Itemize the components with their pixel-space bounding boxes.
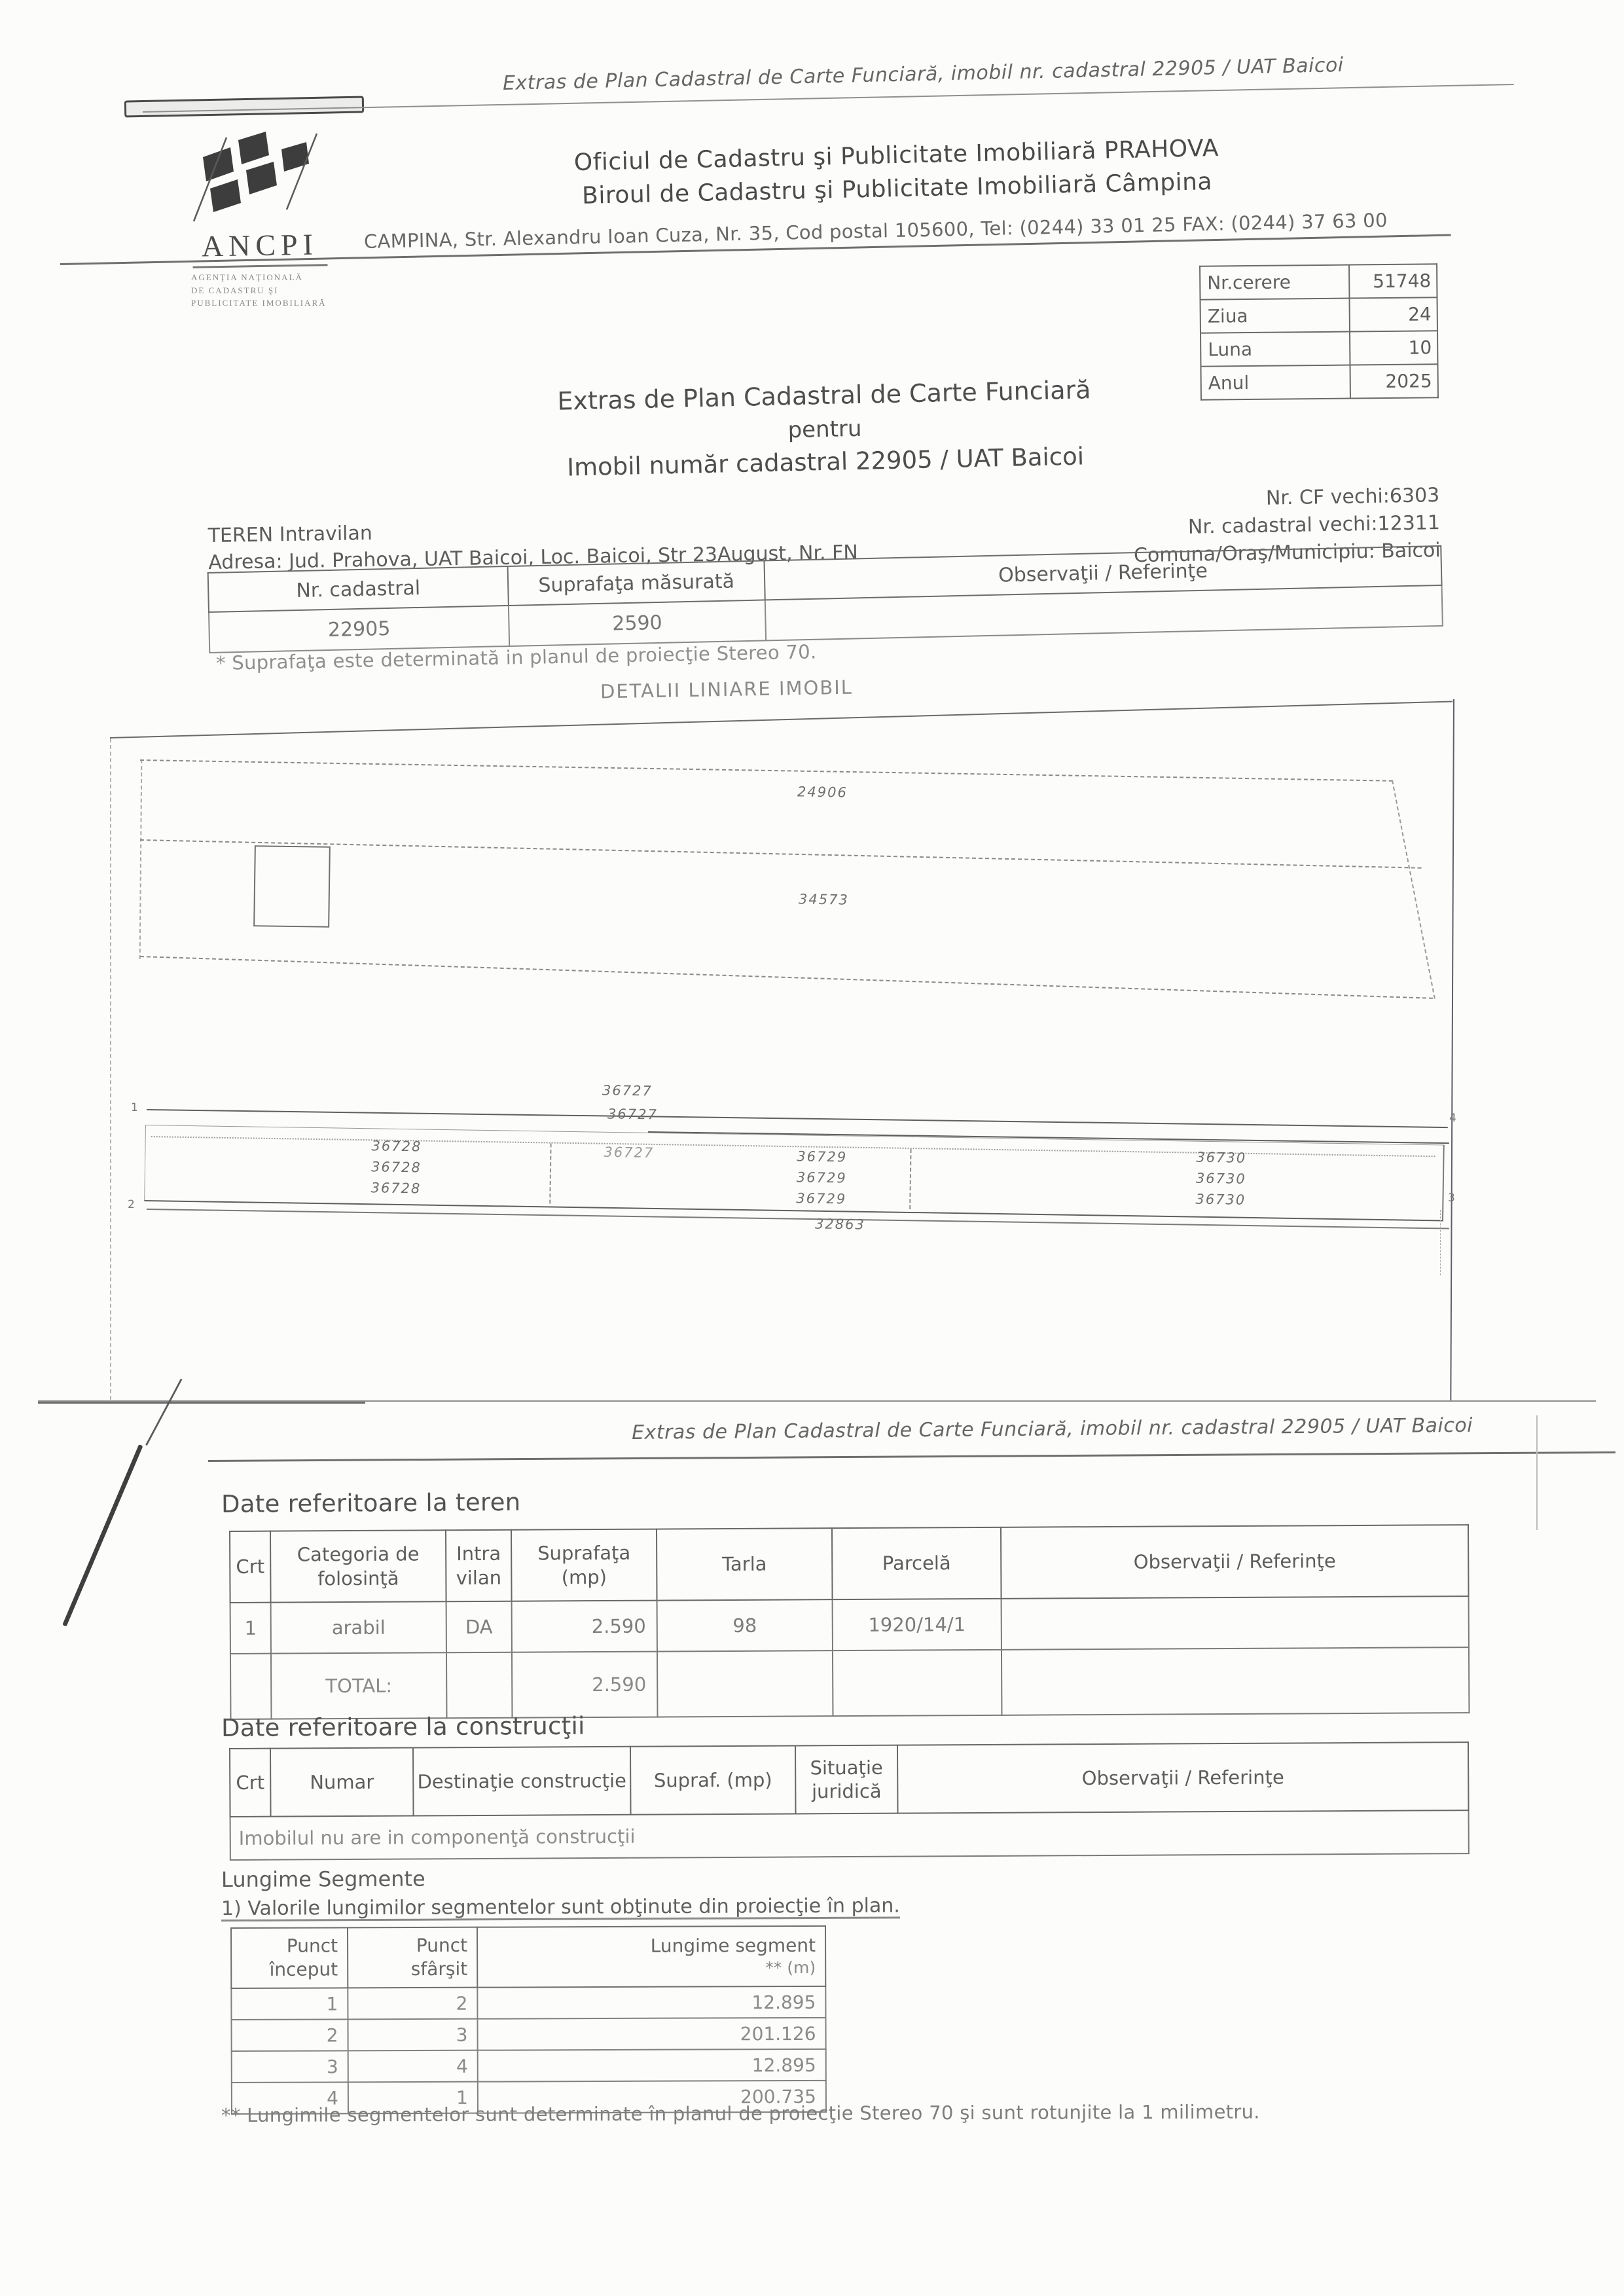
- document-title: Extras de Plan Cadastral de Carte Funcia…: [451, 373, 1199, 484]
- plan-outer-left: [110, 738, 111, 1400]
- label-36729-1: 36729: [797, 1148, 847, 1165]
- plan-title: DETALII LINIARE IMOBIL: [576, 676, 878, 703]
- corner-point-2: 2: [128, 1198, 135, 1211]
- label-36729-2: 36729: [797, 1169, 847, 1186]
- nr-cadastral-value: 22905: [209, 606, 509, 653]
- parcel-a-label: 24906: [797, 784, 848, 800]
- segments-heading: Lungime Segmente: [221, 1867, 425, 1892]
- table-row: 2 3 201.126: [231, 2018, 825, 2051]
- request-month-label: Luna: [1200, 332, 1350, 367]
- logo-sub-line2: DE CADASTRU ŞI: [191, 284, 327, 297]
- table-total-row: TOTAL: 2.590: [230, 1647, 1469, 1719]
- page2-rule: [208, 1451, 1615, 1462]
- intravilan-value: DA: [446, 1601, 512, 1653]
- ancpi-logo-subtitle: AGENŢIA NAŢIONALĂ DE CADASTRU ŞI PUBLICI…: [191, 271, 327, 310]
- col-observatii-ref: Observaţii / Referinţe: [1001, 1525, 1469, 1599]
- total-parcela-empty: [833, 1650, 1002, 1716]
- table-row: Imobilul nu are in componenţă construcţi…: [230, 1810, 1469, 1860]
- table-row: Luna 10: [1200, 331, 1437, 366]
- teren-section-heading: Date referitoare la teren: [221, 1488, 521, 1518]
- plan-bottom-dark-left: [38, 1402, 365, 1404]
- table-row: 1 arabil DA 2.590 98 1920/14/1: [230, 1596, 1469, 1654]
- constructii-section-heading: Date referitoare la construcţii: [221, 1712, 585, 1742]
- road-label-2: 36727: [607, 1106, 658, 1122]
- col-supraf: Supraf. (mp): [630, 1745, 796, 1814]
- seg1-start: 1: [231, 1988, 348, 2020]
- parcel-a-top: [140, 759, 1393, 782]
- parcel-left-edge: [139, 759, 143, 959]
- seg3-length: 12.895: [478, 2049, 826, 2082]
- col-punct-sfarsit: Punct sfârşit: [348, 1927, 477, 1988]
- dashed-extension-below-3: [1440, 1210, 1441, 1275]
- request-year-label: Anul: [1200, 365, 1350, 400]
- observatii-ref-value: [1001, 1596, 1469, 1650]
- no-constructions-message: Imobilul nu are in componenţă construcţi…: [230, 1810, 1469, 1860]
- request-number-value: 51748: [1349, 264, 1437, 298]
- segments-note-1: 1) Valorile lungimilor segmentelor sunt …: [221, 1894, 900, 1920]
- label-36729-3: 36729: [796, 1190, 846, 1207]
- col-observatii-con: Observaţii / Referinţe: [897, 1742, 1469, 1813]
- categoria-value: arabil: [271, 1601, 446, 1653]
- seg1-end: 2: [348, 1988, 477, 2020]
- total-tarla-empty: [657, 1650, 833, 1717]
- ancpi-logo-text: ANCPI: [192, 227, 327, 268]
- col-crt: Crt: [230, 1531, 271, 1603]
- seg1-length: 12.895: [477, 1986, 825, 2019]
- punct-inceput-line2: început: [232, 1958, 338, 1982]
- label-36728-2: 36728: [371, 1159, 422, 1175]
- request-year-value: 2025: [1350, 364, 1437, 398]
- logo-sub-line1: AGENŢIA NAŢIONALĂ: [191, 271, 327, 284]
- table-header-row: Crt Categoria de folosinţă Intra vilan S…: [230, 1525, 1469, 1603]
- col-parcela: Parcelă: [832, 1527, 1001, 1599]
- col-situatie: Situaţie juridică: [795, 1745, 898, 1814]
- plan-outer-top: [110, 701, 1453, 738]
- table-header-row: Punct început Punct sfârşit Lungime segm…: [231, 1926, 825, 1988]
- corner-point-4: 4: [1449, 1112, 1456, 1125]
- label-36730-2: 36730: [1196, 1171, 1246, 1187]
- col-lungime: Lungime segment ** (m): [477, 1926, 825, 1988]
- crt-value: 1: [230, 1603, 271, 1654]
- request-info-table: Nr.cerere 51748 Ziua 24 Luna 10 Anul 202…: [1199, 263, 1439, 400]
- ancpi-logo-icon: [189, 126, 326, 227]
- request-month-value: 10: [1350, 331, 1437, 365]
- seg3-end: 4: [348, 2050, 478, 2083]
- total-suprafata: 2.590: [512, 1652, 658, 1718]
- seg2-start: 2: [231, 2019, 348, 2051]
- scanned-document-page: Extras de Plan Cadastral de Carte Funcia…: [0, 0, 1624, 2296]
- parcel-ab-divider: [140, 839, 1422, 869]
- scan-edge-artifact: [1536, 1415, 1538, 1530]
- label-36727-small: 36727: [604, 1144, 654, 1161]
- teren-table: Crt Categoria de folosinţă Intra vilan S…: [229, 1524, 1470, 1720]
- logo-sub-line3: PUBLICITATE IMOBILIARĂ: [191, 297, 327, 310]
- segments-table: Punct început Punct sfârşit Lungime segm…: [230, 1925, 827, 2115]
- lungime-line1: Lungime segment: [478, 1933, 816, 1958]
- parcel-b-bottom: [140, 956, 1433, 999]
- total-label: TOTAL:: [271, 1652, 447, 1719]
- seg2-end: 3: [348, 2019, 477, 2051]
- label-36728-1: 36728: [371, 1138, 422, 1154]
- suprafata-value: 2590: [509, 600, 766, 646]
- table-row: 3 4 12.895: [232, 2049, 826, 2083]
- parcel-b-label: 34573: [799, 891, 849, 907]
- parcela-value: 1920/14/1: [833, 1599, 1001, 1650]
- office-header: Oficiul de Cadastru şi Publicitate Imobi…: [480, 130, 1313, 215]
- label-36728-3: 36728: [370, 1180, 421, 1196]
- col-suprafata: Suprafaţa măsurată: [508, 560, 765, 606]
- road-label-1: 36727: [602, 1082, 653, 1099]
- table-header-row: Crt Numar Destinaţie construcţie Supraf.…: [230, 1742, 1469, 1817]
- total-intravilan-empty: [446, 1652, 513, 1719]
- label-36730-1: 36730: [1196, 1150, 1246, 1166]
- plan-outer-right: [1450, 699, 1454, 1401]
- scan-fold-line-thin: [145, 1378, 183, 1446]
- corner-point-3: 3: [1448, 1192, 1455, 1205]
- scan-fold-line-bold: [62, 1444, 143, 1627]
- document-running-title: Extras de Plan Cadastral de Carte Funcia…: [503, 54, 1344, 95]
- table-row: Ziua 24: [1200, 297, 1437, 333]
- table-row: Nr.cerere 51748: [1200, 264, 1437, 299]
- col-categoria: Categoria de folosinţă: [270, 1530, 446, 1602]
- suprafata-mp-value: 2.590: [512, 1601, 657, 1652]
- punct-inceput-line1: Punct: [232, 1934, 338, 1958]
- punct-sfarsit-line1: Punct: [349, 1933, 467, 1958]
- tarla-value: 98: [657, 1599, 833, 1651]
- constructii-table: Crt Numar Destinaţie construcţie Supraf.…: [229, 1741, 1470, 1861]
- total-crt-empty: [230, 1654, 272, 1719]
- col-suprafata-mp: Suprafaţa (mp): [511, 1529, 657, 1601]
- col-tarla: Tarla: [657, 1528, 833, 1600]
- page2-running-title: Extras de Plan Cadastral de Carte Funcia…: [537, 1414, 1473, 1445]
- road-north-line: [147, 1109, 1448, 1128]
- col-crt-con: Crt: [230, 1749, 271, 1817]
- lungime-line2: ** (m): [478, 1958, 816, 1980]
- request-day-value: 24: [1350, 297, 1437, 331]
- seg2-length: 201.126: [477, 2018, 825, 2050]
- building-outline: [253, 845, 331, 928]
- scan-artifact-box: [124, 96, 364, 117]
- corner-point-1: 1: [131, 1101, 138, 1114]
- col-destinatie: Destinaţie construcţie: [413, 1747, 631, 1816]
- request-number-label: Nr.cerere: [1200, 265, 1349, 300]
- col-nr-cadastral: Nr. cadastral: [208, 566, 509, 612]
- table-row: 1 2 12.895: [231, 1986, 825, 2020]
- segments-note-2: ** Lungimile segmentelor sunt determinat…: [221, 2100, 1260, 2126]
- south-parcel-label: 32863: [815, 1216, 865, 1232]
- strip-divider-1: [549, 1144, 551, 1204]
- strip-divider-2: [909, 1149, 911, 1209]
- parcel-angled-right-edge: [1392, 780, 1435, 999]
- label-36730-3: 36730: [1195, 1192, 1246, 1208]
- request-day-label: Ziua: [1200, 299, 1350, 333]
- table-row: Anul 2025: [1200, 364, 1437, 399]
- punct-sfarsit-line2: sfârşit: [349, 1958, 467, 1982]
- col-numar: Numar: [270, 1748, 414, 1817]
- total-observatii-empty: [1001, 1647, 1470, 1715]
- seg3-start: 3: [232, 2050, 348, 2083]
- col-punct-inceput: Punct început: [231, 1927, 348, 1988]
- col-intravilan: Intra vilan: [446, 1530, 512, 1602]
